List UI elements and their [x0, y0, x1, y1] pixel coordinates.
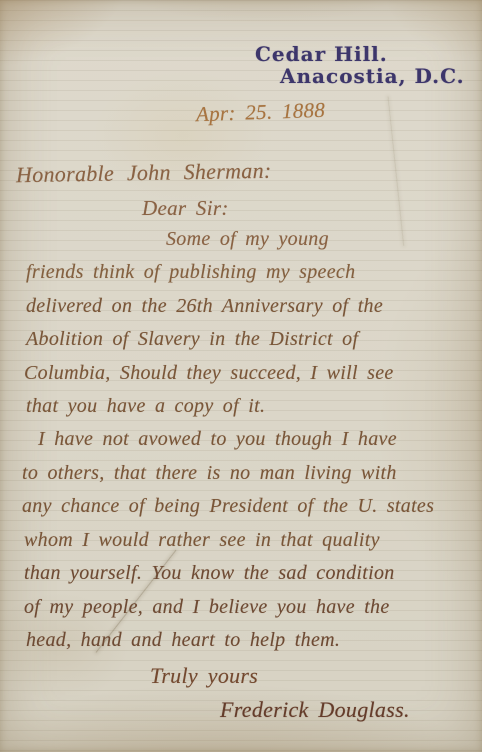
closing-line: Truly yours	[150, 663, 258, 689]
date-line: Apr: 25. 1888	[196, 98, 326, 127]
body-line: that you have a copy of it.	[26, 395, 265, 418]
body-line: delivered on the 26th Anniversary of the	[26, 295, 383, 318]
body-line: to others, that there is no man living w…	[22, 462, 397, 485]
letterhead-line1: Cedar Hill.	[255, 42, 388, 66]
salutation-line: Dear Sir:	[142, 196, 229, 221]
recipient-line: Honorable John Sherman:	[16, 158, 272, 188]
body-line: any chance of being President of the U. …	[22, 495, 434, 518]
body-line: I have not avowed to you though I have	[38, 428, 397, 451]
paper-crease	[388, 96, 405, 245]
body-line: whom I would rather see in that quality	[24, 529, 380, 552]
body-line: Columbia, Should they succeed, I will se…	[24, 362, 394, 385]
body-line: Abolition of Slavery in the District of	[26, 328, 358, 351]
body-line: head, hand and heart to help them.	[26, 629, 340, 652]
letterhead-line2: Anacostia, D.C.	[280, 64, 465, 88]
letter-page: Cedar Hill. Anacostia, D.C. Apr: 25. 188…	[0, 0, 482, 752]
body-line: Some of my young	[166, 228, 329, 251]
body-line: friends think of publishing my speech	[26, 261, 355, 284]
body-line: of my people, and I believe you have the	[24, 596, 390, 619]
signature-line: Frederick Douglass.	[220, 697, 410, 723]
body-line: than yourself. You know the sad conditio…	[24, 562, 395, 585]
